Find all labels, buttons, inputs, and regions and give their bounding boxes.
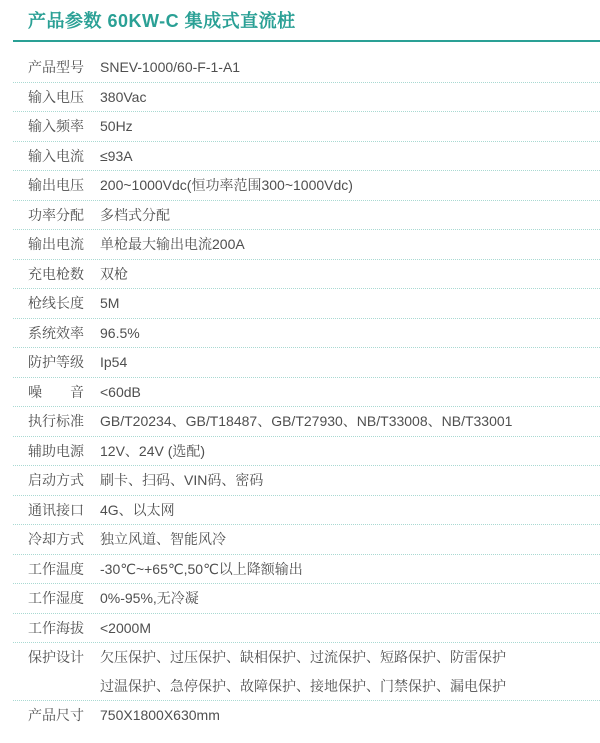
table-row: 输入电流 ≤93A bbox=[13, 142, 600, 172]
spec-value: 欠压保护、过压保护、缺相保护、过流保护、短路保护、防雷保护 bbox=[100, 643, 600, 672]
spec-value: <60dB bbox=[100, 378, 600, 407]
spec-label: 辅助电源 bbox=[13, 437, 100, 466]
table-row: 工作海拔 <2000M bbox=[13, 614, 600, 644]
spec-value-cell: <60dB bbox=[100, 378, 600, 407]
spec-value: 200~1000Vdc(恒功率范围300~1000Vdc) bbox=[100, 171, 600, 200]
table-row: 产品尺寸 750X1800X630mm bbox=[13, 701, 600, 730]
spec-value-cell: 刷卡、扫码、VIN码、密码 bbox=[100, 466, 600, 495]
spec-label: 保护设计 bbox=[13, 643, 100, 672]
table-row: 噪 音 <60dB bbox=[13, 378, 600, 408]
spec-value: 独立风道、智能风冷 bbox=[100, 525, 600, 554]
spec-value: 5M bbox=[100, 289, 600, 318]
spec-value-cell: 欠压保护、过压保护、缺相保护、过流保护、短路保护、防雷保护 过温保护、急停保护、… bbox=[100, 643, 600, 700]
spec-value: 刷卡、扫码、VIN码、密码 bbox=[100, 466, 600, 495]
spec-value-line2: 过温保护、急停保护、故障保护、接地保护、门禁保护、漏电保护 bbox=[100, 672, 600, 701]
table-row: 启动方式 刷卡、扫码、VIN码、密码 bbox=[13, 466, 600, 496]
spec-value-cell: <2000M bbox=[100, 614, 600, 643]
spec-value-cell: 50Hz bbox=[100, 112, 600, 141]
spec-value: GB/T20234、GB/T18487、GB/T27930、NB/T33008、… bbox=[100, 407, 600, 436]
table-row: 防护等级 Ip54 bbox=[13, 348, 600, 378]
spec-label: 防护等级 bbox=[13, 348, 100, 377]
spec-label: 充电枪数 bbox=[13, 260, 100, 289]
spec-value: 380Vac bbox=[100, 83, 600, 112]
spec-value-cell: 96.5% bbox=[100, 319, 600, 348]
spec-value-cell: 单枪最大输出电流200A bbox=[100, 230, 600, 259]
spec-value-cell: Ip54 bbox=[100, 348, 600, 377]
spec-value-cell: 200~1000Vdc(恒功率范围300~1000Vdc) bbox=[100, 171, 600, 200]
spec-label: 输入电压 bbox=[13, 83, 100, 112]
table-row: 系统效率 96.5% bbox=[13, 319, 600, 349]
spec-value: <2000M bbox=[100, 614, 600, 643]
spec-value-cell: 独立风道、智能风冷 bbox=[100, 525, 600, 554]
spec-label: 启动方式 bbox=[13, 466, 100, 495]
spec-value: 双枪 bbox=[100, 260, 600, 289]
spec-label: 功率分配 bbox=[13, 201, 100, 230]
spec-value-cell: 5M bbox=[100, 289, 600, 318]
spec-label: 执行标准 bbox=[13, 407, 100, 436]
spec-label: 工作海拔 bbox=[13, 614, 100, 643]
spec-value-cell: 双枪 bbox=[100, 260, 600, 289]
spec-label: 输入频率 bbox=[13, 112, 100, 141]
spec-label: 冷却方式 bbox=[13, 525, 100, 554]
spec-label: 通讯接口 bbox=[13, 496, 100, 525]
spec-value-cell: 多档式分配 bbox=[100, 201, 600, 230]
spec-value-cell: SNEV-1000/60-F-1-A1 bbox=[100, 53, 600, 82]
table-row: 输入频率 50Hz bbox=[13, 112, 600, 142]
table-row: 执行标准 GB/T20234、GB/T18487、GB/T27930、NB/T3… bbox=[13, 407, 600, 437]
spec-label: 工作湿度 bbox=[13, 584, 100, 613]
spec-sheet: 产品参数 60KW-C 集成式直流桩 产品型号 SNEV-1000/60-F-1… bbox=[13, 0, 600, 730]
spec-label: 噪 音 bbox=[13, 378, 100, 407]
spec-value: ≤93A bbox=[100, 142, 600, 171]
spec-value-cell: 0%-95%,无冷凝 bbox=[100, 584, 600, 613]
spec-value-cell: -30℃~+65℃,50℃以上降额输出 bbox=[100, 555, 600, 584]
spec-label: 系统效率 bbox=[13, 319, 100, 348]
spec-value: 12V、24V (选配) bbox=[100, 437, 600, 466]
spec-value: 0%-95%,无冷凝 bbox=[100, 584, 600, 613]
spec-value: 750X1800X630mm bbox=[100, 701, 600, 730]
table-row: 功率分配 多档式分配 bbox=[13, 201, 600, 231]
spec-value-cell: 750X1800X630mm bbox=[100, 701, 600, 730]
spec-label: 工作温度 bbox=[13, 555, 100, 584]
spec-value: -30℃~+65℃,50℃以上降额输出 bbox=[100, 555, 600, 584]
table-row: 保护设计 欠压保护、过压保护、缺相保护、过流保护、短路保护、防雷保护 过温保护、… bbox=[13, 643, 600, 701]
spec-table: 产品型号 SNEV-1000/60-F-1-A1 输入电压 380Vac 输入频… bbox=[13, 53, 600, 730]
table-row: 冷却方式 独立风道、智能风冷 bbox=[13, 525, 600, 555]
spec-value-cell: 12V、24V (选配) bbox=[100, 437, 600, 466]
table-row: 输出电压 200~1000Vdc(恒功率范围300~1000Vdc) bbox=[13, 171, 600, 201]
spec-label: 输出电流 bbox=[13, 230, 100, 259]
table-row: 工作温度 -30℃~+65℃,50℃以上降额输出 bbox=[13, 555, 600, 585]
spec-value: 4G、以太网 bbox=[100, 496, 600, 525]
table-row: 通讯接口 4G、以太网 bbox=[13, 496, 600, 526]
spec-label: 输出电压 bbox=[13, 171, 100, 200]
spec-value: 50Hz bbox=[100, 112, 600, 141]
spec-label: 产品尺寸 bbox=[13, 701, 100, 730]
spec-value-cell: ≤93A bbox=[100, 142, 600, 171]
spec-value: 单枪最大输出电流200A bbox=[100, 230, 600, 259]
spec-value: Ip54 bbox=[100, 348, 600, 377]
table-row: 枪线长度 5M bbox=[13, 289, 600, 319]
table-row: 辅助电源 12V、24V (选配) bbox=[13, 437, 600, 467]
spec-value: 多档式分配 bbox=[100, 201, 600, 230]
header: 产品参数 60KW-C 集成式直流桩 bbox=[13, 0, 600, 42]
spec-label: 产品型号 bbox=[13, 53, 100, 82]
spec-value: 96.5% bbox=[100, 319, 600, 348]
spec-value-cell: 380Vac bbox=[100, 83, 600, 112]
spec-label: 输入电流 bbox=[13, 142, 100, 171]
spec-label: 枪线长度 bbox=[13, 289, 100, 318]
table-row: 充电枪数 双枪 bbox=[13, 260, 600, 290]
table-row: 产品型号 SNEV-1000/60-F-1-A1 bbox=[13, 53, 600, 83]
table-row: 工作湿度 0%-95%,无冷凝 bbox=[13, 584, 600, 614]
table-row: 输出电流 单枪最大输出电流200A bbox=[13, 230, 600, 260]
spec-value-cell: GB/T20234、GB/T18487、GB/T27930、NB/T33008、… bbox=[100, 407, 600, 436]
page-title: 产品参数 60KW-C 集成式直流桩 bbox=[28, 9, 600, 33]
spec-value-cell: 4G、以太网 bbox=[100, 496, 600, 525]
spec-value: SNEV-1000/60-F-1-A1 bbox=[100, 53, 600, 82]
table-row: 输入电压 380Vac bbox=[13, 83, 600, 113]
